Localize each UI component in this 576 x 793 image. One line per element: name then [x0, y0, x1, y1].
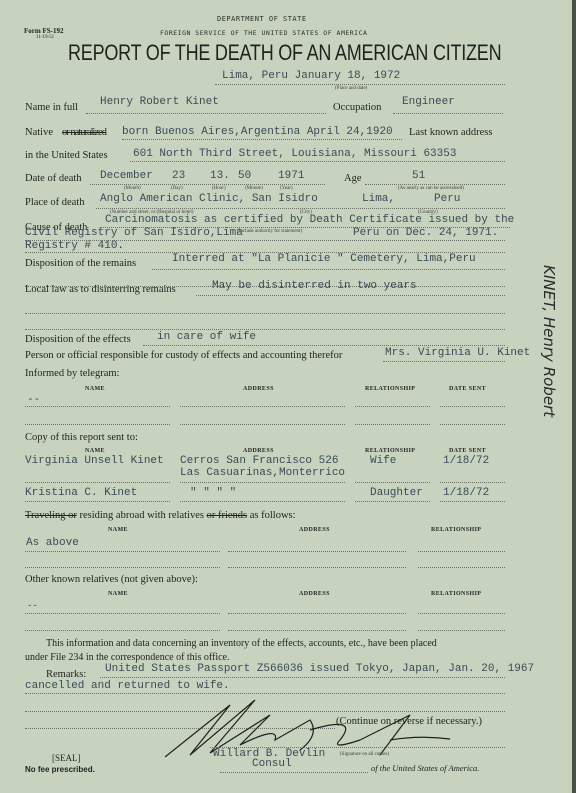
other-name-value: -- [27, 601, 38, 611]
place-country: Peru [434, 193, 460, 205]
copies-col-date: DATE SENT [449, 448, 486, 454]
name-label: Name in full [25, 102, 78, 113]
form-number: Form FS-192 [24, 27, 63, 35]
copy-date: 1/18/72 [443, 455, 489, 467]
cause-line-3: Registry # 410. [25, 240, 124, 252]
other-col-name: NAME [108, 591, 128, 597]
copy-name: Virginia Unsell Kinet [25, 455, 164, 467]
effects-value: in care of wife [157, 331, 256, 343]
occupation-label: Occupation [333, 102, 381, 113]
copies-label: Copy of this report sent to: [25, 432, 138, 443]
telegram-col-address: ADDRESS [243, 386, 274, 392]
native-label: Native [25, 127, 53, 138]
signer-title: Consul [252, 758, 292, 770]
copy-address-line1: Cerros San Francisco 526 [180, 455, 338, 467]
service-heading: FOREIGN SERVICE OF THE UNITED STATES OF … [160, 29, 367, 37]
telegram-col-relationship: RELATIONSHIP [365, 386, 415, 392]
traveling-col-name: NAME [108, 527, 128, 533]
name-value: Henry Robert Kinet [100, 96, 219, 108]
local-law-label: Local law as to disinterring remains [25, 284, 176, 295]
other-col-relationship: RELATIONSHIP [431, 591, 481, 597]
caption-year: (Year) [280, 186, 293, 191]
copy-address-line2: Las Casuarinas,Monterrico [180, 467, 345, 479]
friends-struck: or friends [207, 510, 248, 521]
local-law-value: May be disinterred in two years [212, 280, 417, 292]
effects-label: Disposition of the effects [25, 334, 131, 345]
age-value: 51 [412, 170, 425, 182]
custody-value: Mrs. Virginia U. Kinet [385, 347, 530, 359]
traveling-name-value: As above [26, 537, 79, 549]
remarks-line-2: cancelled and returned to wife. [25, 680, 230, 692]
us-address-label: in the United States [25, 150, 108, 161]
age-label: Age [344, 173, 362, 184]
form-date: 11-19-51 [36, 35, 54, 40]
page-title: REPORT OF THE DEATH OF AN AMERICAN CITIZ… [68, 40, 501, 66]
remarks-label: Remarks: [46, 669, 86, 680]
scan-edge [572, 0, 576, 793]
us-address-value: 601 North Third Street, Louisiana, Misso… [133, 148, 456, 160]
seal-text: [SEAL] [52, 753, 81, 763]
caption-day: (Day) [171, 186, 183, 191]
place-city: Lima, [362, 193, 395, 205]
place-date-caption: (Place and date) [335, 86, 367, 91]
remarks-line-1: United States Passport Z566036 issued To… [105, 663, 534, 675]
signature-caption: (Signature on all copies) [340, 752, 389, 757]
copies-col-address: ADDRESS [243, 448, 274, 454]
caption-hour: (Hour) [212, 186, 226, 191]
last-address-label: Last known address [409, 127, 492, 138]
cause-line-2b: Peru on Dec. 24, 1971. [353, 227, 498, 239]
caption-month: (Month) [124, 186, 141, 191]
occupation-value: Engineer [402, 96, 455, 108]
date-of-death-label: Date of death [25, 173, 82, 184]
traveling-col-address: ADDRESS [299, 527, 330, 533]
native-value: born Buenos Aires,Argentina April 24,192… [122, 126, 393, 138]
death-month: December [100, 170, 153, 182]
caption-minute: (Minute) [245, 186, 263, 191]
naturalized-struck: or naturalized [62, 127, 106, 138]
death-hour: 13. [210, 170, 230, 182]
place-street: Anglo American Clinic, San Isidro [100, 193, 318, 205]
department-heading: DEPARTMENT OF STATE [217, 15, 307, 23]
remains-label: Disposition of the remains [25, 258, 136, 269]
death-minute: 50 [238, 170, 251, 182]
cause-caption: (Include authority for statement) [237, 229, 302, 234]
copies-col-name: NAME [85, 448, 105, 454]
death-year: 1971 [278, 170, 304, 182]
place-date-value: Lima, Peru January 18, 1972 [222, 70, 400, 82]
copy-relationship: Daughter [370, 487, 423, 499]
traveling-struck: Traveling or [25, 510, 77, 521]
traveling-col-relationship: RELATIONSHIP [431, 527, 481, 533]
traveling-end: as follows: [247, 510, 295, 521]
of-usa-text: of the United States of America. [371, 763, 479, 773]
age-caption: (As nearly as can be ascertained) [398, 186, 464, 191]
custody-label: Person or official responsible for custo… [25, 350, 342, 361]
no-fee-text: No fee prescribed. [25, 765, 95, 774]
other-relatives-label: Other known relatives (not given above): [25, 574, 198, 585]
traveling-label: Traveling or residing abroad with relati… [25, 510, 296, 521]
traveling-mid: residing abroad with relatives [77, 510, 207, 521]
copy-date: 1/18/72 [443, 487, 489, 499]
telegram-label: Informed by telegram: [25, 368, 119, 379]
cause-line-1: Carcinomatosis as certified by Death Cer… [105, 214, 514, 226]
telegram-name-value: -- [27, 394, 40, 406]
copy-name: Kristina C. Kinet [25, 487, 137, 499]
handwritten-margin-note: KINET, Henry Robert [540, 265, 558, 417]
telegram-col-date: DATE SENT [449, 386, 486, 392]
copies-col-relationship: RELATIONSHIP [365, 448, 415, 454]
copy-relationship: Wife [370, 455, 396, 467]
telegram-col-name: NAME [85, 386, 105, 392]
place-of-death-label: Place of death [25, 197, 84, 208]
info-line-2: under File 234 in the correspondence of … [25, 652, 229, 663]
copy-address-line1: " " " " [190, 487, 236, 499]
remains-value: Interred at "La Planicie " Cemetery, Lim… [172, 253, 476, 265]
other-col-address: ADDRESS [299, 591, 330, 597]
info-line-1: This information and data concerning an … [46, 638, 437, 649]
cause-line-2a: Civil Registry of San Isidro,Lima [25, 227, 243, 239]
death-day: 23 [172, 170, 185, 182]
